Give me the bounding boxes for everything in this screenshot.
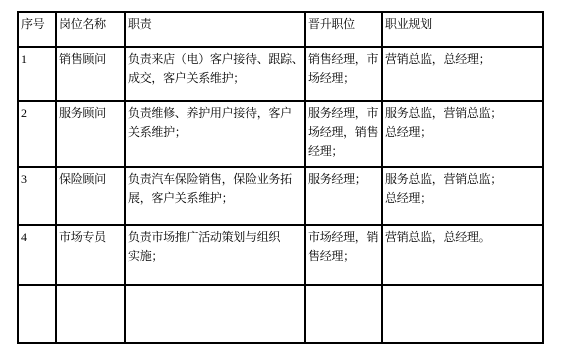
table-cell-career: 服务总监，营销总监； 总经理； (382, 101, 543, 167)
table-row: 1 销售顾问 负责来店（电）客户接待、跟踪、 成交，客户关系维护； 销售经理，市… (18, 47, 543, 101)
column-header-index: 序号 (18, 12, 56, 47)
table-cell-position: 销售顾问 (56, 47, 125, 101)
table-cell-position: 服务顾问 (56, 101, 125, 167)
table-cell-position (56, 285, 125, 343)
table-cell-position: 保险顾问 (56, 167, 125, 225)
column-header-promotion: 晋升职位 (305, 12, 382, 47)
table-row: 2 服务顾问 负责维修、养护用户接待，客户 关系维护； 服务经理，市 场经理，销… (18, 101, 543, 167)
job-positions-table: 序号 岗位名称 职责 晋升职位 职业规划 1 销售顾问 负责来店（电）客户接待、… (17, 11, 544, 344)
table-cell-duties: 负责来店（电）客户接待、跟踪、 成交，客户关系维护； (125, 47, 305, 101)
header-row: 序号 岗位名称 职责 晋升职位 职业规划 (18, 12, 543, 47)
table-cell-duties: 负责维修、养护用户接待，客户 关系维护； (125, 101, 305, 167)
table-cell-index: 3 (18, 167, 56, 225)
table-cell-promotion (305, 285, 382, 343)
table-cell-index (18, 285, 56, 343)
table-row: 4 市场专员 负责市场推广活动策划与组织 实施； 市场经理，销 售经理； 营销总… (18, 225, 543, 285)
table-cell-promotion: 服务经理； (305, 167, 382, 225)
table-cell-career: 营销总监，总经理； (382, 47, 543, 101)
table-cell-index: 1 (18, 47, 56, 101)
table-cell-promotion: 服务经理，市 场经理，销售 经理； (305, 101, 382, 167)
table-cell-promotion: 销售经理，市 场经理； (305, 47, 382, 101)
table-cell-promotion: 市场经理，销 售经理； (305, 225, 382, 285)
column-header-career-plan: 职业规划 (382, 12, 543, 47)
table-cell-duties: 负责汽车保险销售，保险业务拓 展，客户关系维护； (125, 167, 305, 225)
column-header-position-name: 岗位名称 (56, 12, 125, 47)
table-cell-index: 4 (18, 225, 56, 285)
table-cell-duties (125, 285, 305, 343)
table-cell-career: 营销总监，总经理。 (382, 225, 543, 285)
document-page: 序号 岗位名称 职责 晋升职位 职业规划 1 销售顾问 负责来店（电）客户接待、… (17, 11, 544, 344)
table-row-empty (18, 285, 543, 343)
table-cell-position: 市场专员 (56, 225, 125, 285)
table-cell-career: 服务总监，营销总监； 总经理； (382, 167, 543, 225)
table-cell-career (382, 285, 543, 343)
table-row: 3 保险顾问 负责汽车保险销售，保险业务拓 展，客户关系维护； 服务经理； 服务… (18, 167, 543, 225)
column-header-duties: 职责 (125, 12, 305, 47)
table-cell-index: 2 (18, 101, 56, 167)
table-cell-duties: 负责市场推广活动策划与组织 实施； (125, 225, 305, 285)
